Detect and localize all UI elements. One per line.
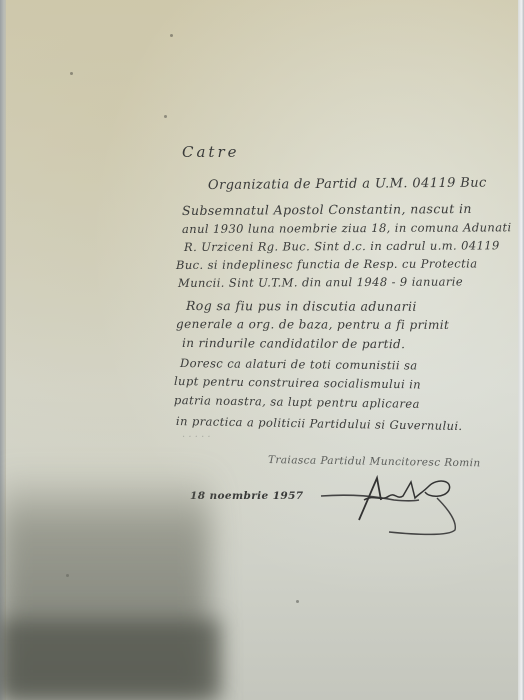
paper-spot [164, 115, 167, 118]
paper-spot [296, 600, 299, 603]
closing-line: Traiasca Partidul Muncitoresc Romin [268, 454, 481, 469]
body-line: anul 1930 luna noembrie ziua 18, in comu… [182, 220, 512, 236]
body-line: Doresc ca alaturi de toti comunistii sa [180, 356, 418, 372]
shadow-overlay [0, 620, 220, 700]
body-line: Subsemnatul Apostol Constantin, nascut i… [182, 201, 472, 218]
salutation: Catre [182, 143, 240, 161]
body-line: Rog sa fiu pus in discutia adunarii [186, 298, 417, 314]
body-line: in practica a politicii Partidului si Gu… [176, 414, 463, 433]
body-line: in rindurile candidatilor de partid. [182, 336, 405, 351]
paper-spot [70, 72, 73, 75]
body-line: lupt pentru construirea socialismului in [174, 374, 421, 391]
document-photo: Catre Organizatia de Partid a U.M. 04119… [0, 0, 524, 700]
faint-erased-text: · · · · · [182, 432, 211, 443]
body-line: R. Urziceni Rg. Buc. Sint d.c. in cadrul… [184, 238, 500, 254]
body-line: generale a org. de baza, pentru a fi pri… [176, 317, 449, 332]
body-line: Buc. si indeplinesc functia de Resp. cu … [176, 256, 478, 272]
body-line: Muncii. Sint U.T.M. din anul 1948 - 9 ia… [178, 275, 463, 290]
paper-spot [170, 34, 173, 37]
paper-edge [518, 0, 524, 700]
addressee: Organizatia de Partid a U.M. 04119 Buc [208, 176, 487, 193]
signature [319, 470, 484, 540]
body-line: patria noastra, sa lupt pentru aplicarea [174, 393, 420, 411]
